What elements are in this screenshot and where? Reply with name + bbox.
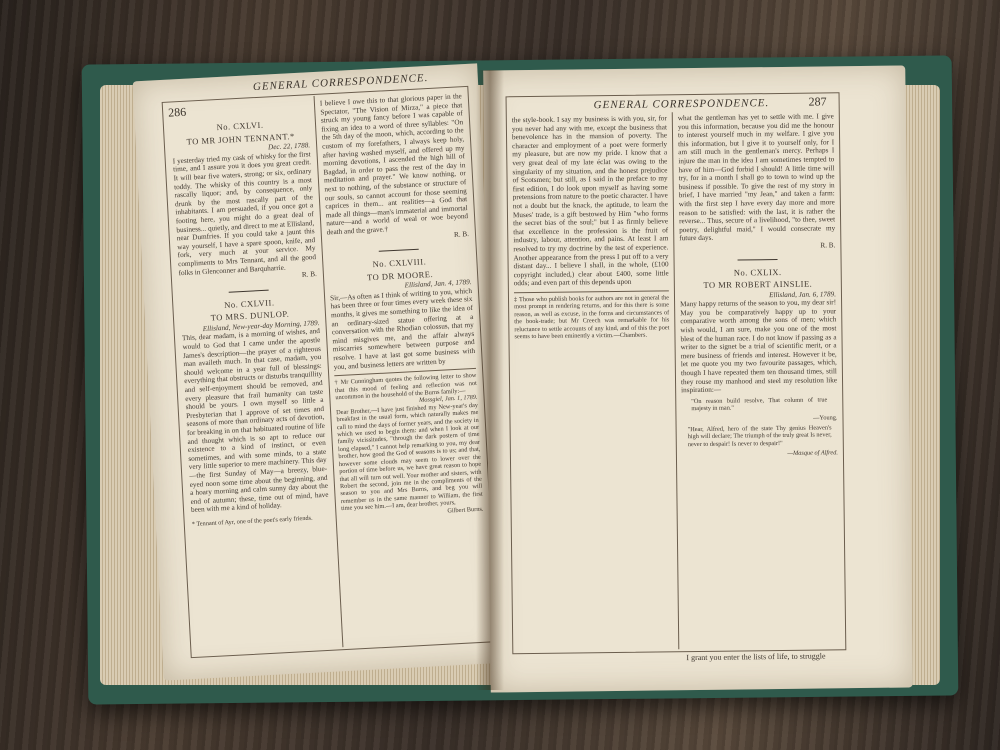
right-page-number: 287 bbox=[809, 94, 827, 109]
left-column-1: No. CXLVI. TO MR JOHN TENNANT.* Dec. 22,… bbox=[171, 114, 337, 650]
quote-attribution: —Young. bbox=[681, 414, 837, 423]
quote: "Hear, Alfred, hero of the state Thy gen… bbox=[688, 424, 832, 448]
footnote-body: Dear Brother,—I have just finished my Ne… bbox=[336, 402, 483, 513]
letter-body: what the gentleman has yet to settle wit… bbox=[678, 112, 836, 243]
letter-body: I yesterday tried my cask of whisky for … bbox=[173, 150, 317, 277]
letter-body: the style-book. I say my business is wit… bbox=[512, 114, 669, 288]
left-column-2: I believe I owe this to that glorious pa… bbox=[320, 92, 490, 644]
quote: "On reason build resolve, That column of… bbox=[691, 396, 827, 412]
right-running-head: GENERAL CORRESPONDENCE. bbox=[594, 97, 770, 111]
divider bbox=[229, 289, 269, 292]
letter-body: I believe I owe this to that glorious pa… bbox=[320, 92, 469, 237]
right-column-2: what the gentleman has yet to settle wit… bbox=[678, 112, 841, 648]
last-line: I grant you enter the lists of life, to … bbox=[686, 652, 846, 666]
divider bbox=[379, 249, 419, 252]
right-column-1: the style-book. I say my business is wit… bbox=[512, 114, 674, 650]
divider bbox=[738, 259, 778, 260]
footnote: ‡ Those who publish books for authors ar… bbox=[514, 290, 670, 340]
letter-body: Many happy returns of the season to you,… bbox=[680, 299, 837, 395]
letter-recipient: TO MR ROBERT AINSLIE. bbox=[680, 279, 836, 289]
footnote: * Tennant of Ayr, one of the poet's earl… bbox=[192, 514, 330, 529]
letter-body: This, dear madam, is a morning of wishes… bbox=[182, 327, 329, 514]
quote-attribution: —Masque of Alfred. bbox=[682, 450, 838, 459]
left-page-number: 286 bbox=[168, 105, 187, 121]
right-page: GENERAL CORRESPONDENCE. 287 the style-bo… bbox=[483, 65, 913, 692]
left-page: GENERAL CORRESPONDENCE. 286 No. CXLVI. T… bbox=[133, 63, 509, 680]
book-gutter bbox=[476, 70, 504, 690]
letter-body: Sir,—As often as I think of writing to y… bbox=[330, 287, 476, 372]
footnote: † Mr Cunningham quotes the following let… bbox=[334, 368, 483, 520]
letter-number: No. CXLIX. bbox=[680, 267, 836, 277]
